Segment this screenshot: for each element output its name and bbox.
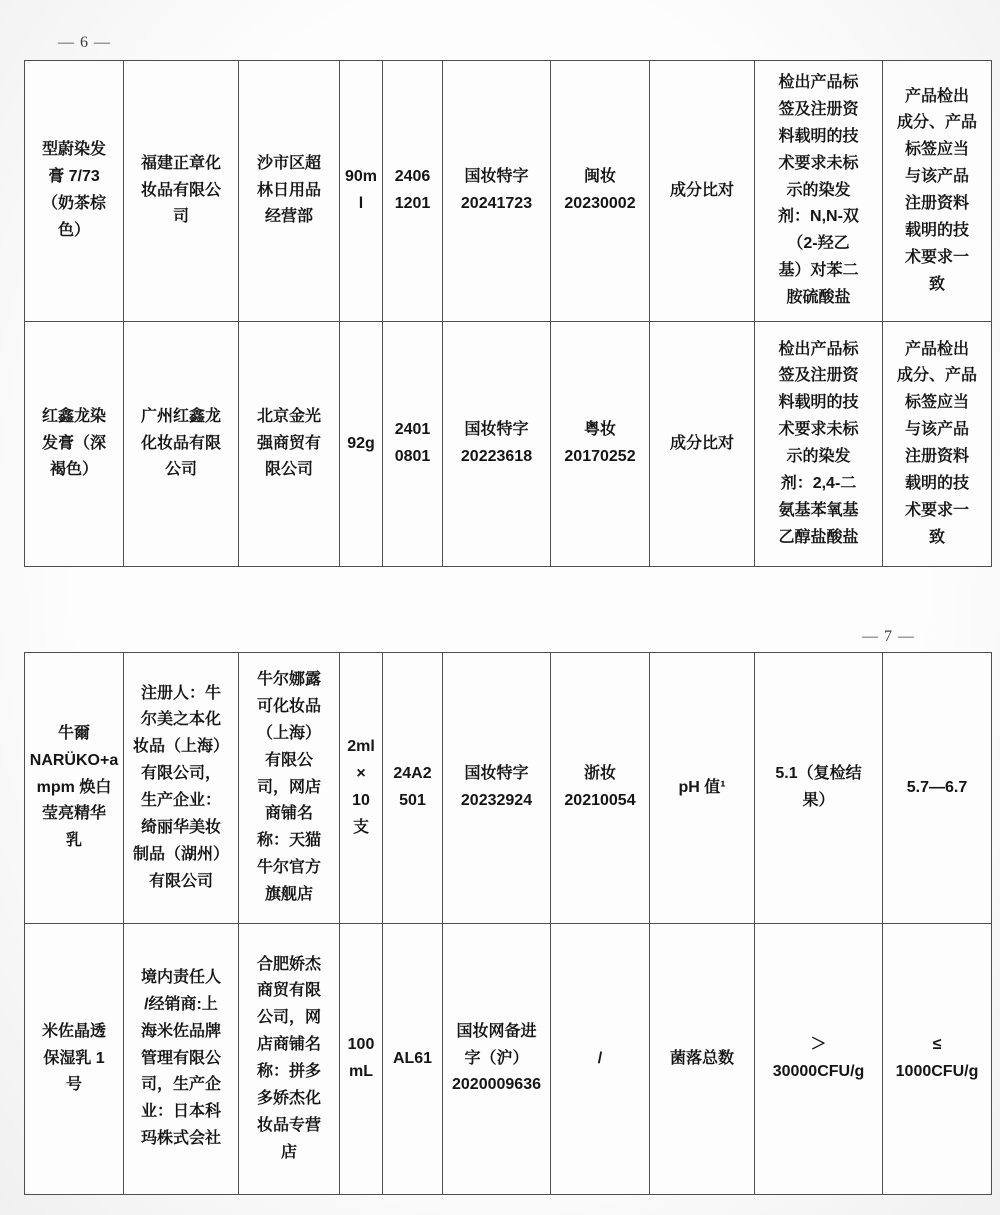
standard-requirement-cell: ≤ 1000CFU/g <box>883 924 992 1195</box>
table-row: 型蔚染发 膏 7/73 （奶茶棕 色） 福建正章化 妆品有限公 司 沙市区超 林… <box>25 61 992 322</box>
test-result-cell: ＞ 30000CFU/g <box>755 924 883 1195</box>
test-item-cell: 菌落总数 <box>650 924 755 1195</box>
test-result-cell: 检出产品标 签及注册资 料载明的技 术要求未标 示的染发 剂：N,N-双 （2-… <box>755 61 883 322</box>
inspection-table-page-6: 型蔚染发 膏 7/73 （奶茶棕 色） 福建正章化 妆品有限公 司 沙市区超 林… <box>24 60 992 567</box>
page-number-7: — 7 — <box>862 628 915 646</box>
test-item-cell: pH 值¹ <box>650 653 755 924</box>
registrant-cell: 注册人：牛 尔美之本化 妆品（上海） 有限公司， 生产企业： 绮丽华美妆 制品（… <box>124 653 239 924</box>
registration-number-cell: 国妆特字 20232924 <box>443 653 551 924</box>
page-number-6: — 6 — <box>58 34 111 52</box>
test-item-cell: 成分比对 <box>650 322 755 567</box>
registration-number-cell: 国妆特字 20241723 <box>443 61 551 322</box>
batch-number-cell: 24A2 501 <box>383 653 443 924</box>
batch-number-cell: 2401 0801 <box>383 322 443 567</box>
registrant-cell: 福建正章化 妆品有限公 司 <box>124 61 239 322</box>
spec-cell: 92g <box>340 322 383 567</box>
registration-number-cell: 国妆特字 20223618 <box>443 322 551 567</box>
batch-number-cell: 2406 1201 <box>383 61 443 322</box>
test-result-cell: 检出产品标 签及注册资 料载明的技 术要求未标 示的染发 剂：2,4-二 氨基苯… <box>755 322 883 567</box>
spec-cell: 2ml × 10 支 <box>340 653 383 924</box>
license-number-cell: 浙妆 20210054 <box>551 653 650 924</box>
table-row: 红鑫龙染 发膏（深 褐色） 广州红鑫龙 化妆品有限 公司 北京金光 强商贸有 限… <box>25 322 992 567</box>
sampled-unit-cell: 沙市区超 林日用品 经营部 <box>239 61 340 322</box>
sampled-unit-cell: 北京金光 强商贸有 限公司 <box>239 322 340 567</box>
license-number-cell: 粤妆 20170252 <box>551 322 650 567</box>
registrant-cell: 广州红鑫龙 化妆品有限 公司 <box>124 322 239 567</box>
table-row: 牛爾 NARÜKO+a mpm 焕白 莹亮精华 乳 注册人：牛 尔美之本化 妆品… <box>25 653 992 924</box>
license-number-cell: 闽妆 20230002 <box>551 61 650 322</box>
registrant-cell: 境内责任人 /经销商:上 海米佐品牌 管理有限公 司，生产企 业：日本科 玛株式… <box>124 924 239 1195</box>
test-result-cell: 5.1（复检结 果） <box>755 653 883 924</box>
product-name-cell: 米佐晶透 保湿乳 1 号 <box>25 924 124 1195</box>
standard-requirement-cell: 5.7—6.7 <box>883 653 992 924</box>
test-item-cell: 成分比对 <box>650 61 755 322</box>
sampled-unit-cell: 牛尔娜露 可化妆品 （上海） 有限公 司，网店 商铺名 称：天猫 牛尔官方 旗舰… <box>239 653 340 924</box>
batch-number-cell: AL61 <box>383 924 443 1195</box>
standard-requirement-cell: 产品检出 成分、产品 标签应当 与该产品 注册资料 载明的技 术要求一 致 <box>883 61 992 322</box>
product-name-cell: 红鑫龙染 发膏（深 褐色） <box>25 322 124 567</box>
sampled-unit-cell: 合肥娇杰 商贸有限 公司，网 店商铺名 称：拼多 多娇杰化 妆品专营 店 <box>239 924 340 1195</box>
registration-number-cell: 国妆网备进 字（沪） 2020009636 <box>443 924 551 1195</box>
license-number-cell: / <box>551 924 650 1195</box>
spec-cell: 100 mL <box>340 924 383 1195</box>
spec-cell: 90m l <box>340 61 383 322</box>
document-page: — 6 — 型蔚染发 膏 7/73 （奶茶棕 色） 福建正章化 妆品有限公 司 … <box>0 0 1000 1215</box>
table-row: 米佐晶透 保湿乳 1 号 境内责任人 /经销商:上 海米佐品牌 管理有限公 司，… <box>25 924 992 1195</box>
inspection-table-page-7: 牛爾 NARÜKO+a mpm 焕白 莹亮精华 乳 注册人：牛 尔美之本化 妆品… <box>24 652 992 1195</box>
product-name-cell: 牛爾 NARÜKO+a mpm 焕白 莹亮精华 乳 <box>25 653 124 924</box>
product-name-cell: 型蔚染发 膏 7/73 （奶茶棕 色） <box>25 61 124 322</box>
standard-requirement-cell: 产品检出 成分、产品 标签应当 与该产品 注册资料 载明的技 术要求一 致 <box>883 322 992 567</box>
